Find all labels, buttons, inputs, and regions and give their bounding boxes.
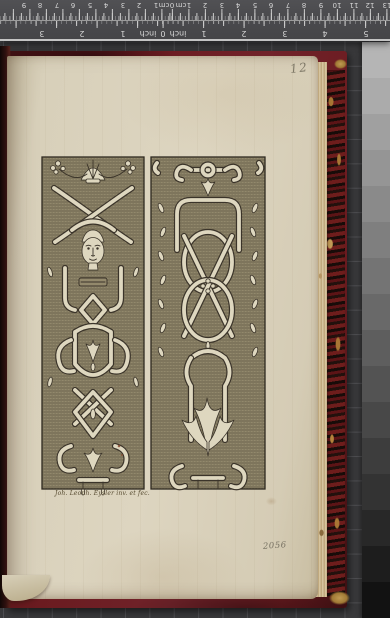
ruler-label: inch bbox=[170, 29, 187, 37]
ruler-label: 0 bbox=[160, 29, 165, 37]
gray-step bbox=[362, 186, 390, 222]
ruler-label: 7 bbox=[285, 1, 289, 8]
folio-number-pencil: 12 bbox=[289, 60, 309, 76]
ruler-label: 2 bbox=[241, 29, 246, 37]
engraver-signature: Joh. Leonh. Eysler inv. et fec. bbox=[55, 490, 150, 497]
ruler-label: 2 bbox=[79, 29, 84, 37]
ruler-label: 13 bbox=[382, 1, 390, 8]
ruler-label: 11 bbox=[349, 1, 358, 8]
gray-step bbox=[362, 294, 390, 330]
gray-step bbox=[362, 78, 390, 114]
ruler: 123456789123456789101112130cmcm 12312345… bbox=[0, 0, 390, 41]
gray-step bbox=[362, 366, 390, 402]
ruler-label: 6 bbox=[71, 1, 75, 8]
ruler-label: 9 bbox=[21, 1, 25, 8]
gray-step bbox=[362, 222, 390, 258]
gray-step bbox=[362, 330, 390, 366]
ruler-label: 5 bbox=[87, 1, 91, 8]
worn-cover-corner-top bbox=[334, 59, 347, 69]
ruler-label: 3 bbox=[39, 29, 44, 37]
ruler-label: cm bbox=[158, 1, 169, 8]
ruler-label: 4 bbox=[104, 1, 108, 8]
ruler-label: 8 bbox=[38, 1, 42, 8]
ruler-label: 0 bbox=[170, 1, 174, 8]
ruler-cm-scale: 123456789123456789101112130cmcm bbox=[0, 0, 390, 9]
ruler-label: 9 bbox=[318, 1, 322, 8]
gray-step bbox=[362, 546, 390, 582]
ruler-label: 5 bbox=[363, 29, 368, 37]
ornament-engraving-plate bbox=[41, 150, 268, 502]
gray-step bbox=[362, 42, 390, 78]
ruler-label: 5 bbox=[252, 1, 256, 8]
collection-number-pencil: 2056 bbox=[263, 540, 287, 552]
gray-step bbox=[362, 582, 390, 618]
ruler-label: 4 bbox=[322, 29, 327, 37]
ruler-label: 12 bbox=[366, 1, 375, 8]
ruler-label: 3 bbox=[120, 1, 124, 8]
gray-step bbox=[362, 474, 390, 510]
gray-step bbox=[362, 438, 390, 474]
right-ornament-panel bbox=[151, 157, 265, 489]
ruler-label: 2 bbox=[203, 1, 207, 8]
ruler-inch-ticks bbox=[0, 20, 390, 28]
ruler-label: 10 bbox=[333, 1, 342, 8]
ruler-label: 8 bbox=[302, 1, 306, 8]
gray-step bbox=[362, 402, 390, 438]
worn-cover-corner-bottom bbox=[329, 591, 350, 605]
ruler-label: cm bbox=[175, 1, 186, 8]
ruler-label: 2 bbox=[137, 1, 141, 8]
ruler-label: 1 bbox=[201, 29, 206, 37]
left-ornament-panel bbox=[42, 157, 144, 495]
ruler-label: 1 bbox=[120, 29, 125, 37]
grayscale-calibration-wedge bbox=[362, 42, 390, 618]
gray-step bbox=[362, 510, 390, 546]
ruler-label: 3 bbox=[282, 29, 287, 37]
gray-step bbox=[362, 258, 390, 294]
ruler-label: 1 bbox=[186, 1, 190, 8]
ruler-cm-ticks bbox=[0, 9, 390, 20]
marbled-board-edge bbox=[325, 70, 345, 597]
digitization-scene: 123456789123456789101112130cmcm 12312345… bbox=[0, 0, 390, 618]
gray-step bbox=[362, 150, 390, 186]
ruler-label: 6 bbox=[269, 1, 273, 8]
ruler-label: inch bbox=[140, 29, 157, 37]
ruler-label: 1 bbox=[153, 1, 157, 8]
gray-step bbox=[362, 114, 390, 150]
ruler-label: 3 bbox=[219, 1, 223, 8]
ruler-label: 4 bbox=[236, 1, 240, 8]
ruler-label: 7 bbox=[54, 1, 58, 8]
ruler-inch-scale: 123123450inchinch bbox=[0, 28, 390, 38]
